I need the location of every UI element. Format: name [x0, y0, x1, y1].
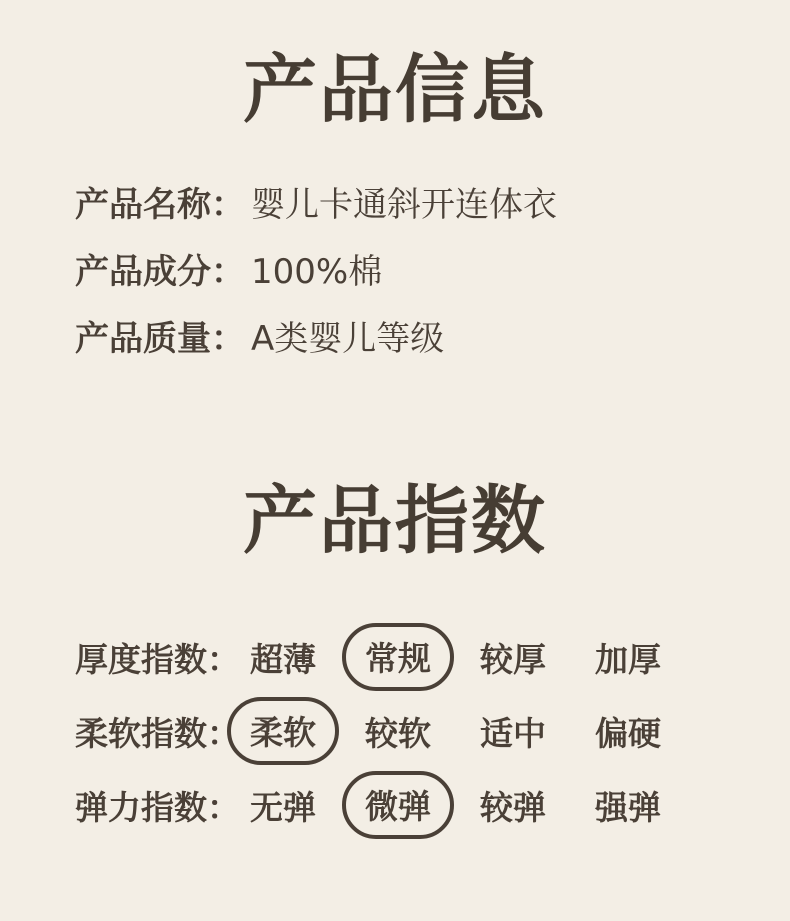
index-option: 无弹: [250, 782, 316, 829]
info-value: 100%棉: [251, 254, 382, 290]
index-option-selected: 常规: [342, 623, 454, 691]
info-label: 产品名称：: [75, 187, 245, 223]
info-value: 婴儿卡通斜开连体衣: [251, 187, 557, 223]
index-option: 强弹: [595, 782, 661, 829]
info-row-product-quality: 产品质量： A类婴儿等级: [75, 321, 790, 357]
index-option: 偏硬: [595, 708, 661, 755]
index-label-text: 厚度指数: [75, 640, 207, 679]
product-info-list: 产品名称： 婴儿卡通斜开连体衣 产品成分： 100%棉 产品质量： A类婴儿等级: [0, 187, 790, 357]
info-row-product-name: 产品名称： 婴儿卡通斜开连体衣: [75, 187, 790, 223]
info-label-text: 产品质量: [75, 319, 211, 359]
info-row-product-composition: 产品成分： 100%棉: [75, 254, 790, 290]
product-index-title: 产品指数: [0, 479, 790, 564]
index-option: 较厚: [480, 634, 546, 681]
index-row-thickness: 厚度指数： 超薄 常规 较厚 加厚: [75, 620, 790, 694]
index-option: 加厚: [595, 634, 661, 681]
index-option-selected: 柔软: [227, 697, 339, 765]
label-colon: ：: [207, 788, 240, 827]
index-label: 弹力指数：: [75, 782, 240, 829]
index-row-elasticity: 弹力指数： 无弹 微弹 较弹 强弹: [75, 768, 790, 842]
index-option: 较弹: [480, 782, 546, 829]
index-label: 厚度指数：: [75, 634, 240, 681]
label-colon: ：: [211, 252, 245, 292]
info-label-text: 产品名称: [75, 185, 211, 225]
index-label-text: 弹力指数: [75, 788, 207, 827]
index-option: 较软: [365, 708, 431, 755]
product-index-list: 厚度指数： 超薄 常规 较厚 加厚 柔软指数： 柔软 较软 适中 偏硬 弹力指数…: [0, 620, 790, 842]
info-label: 产品成分：: [75, 254, 245, 290]
index-options: 超薄 常规 较厚 加厚: [250, 623, 661, 691]
product-info-title: 产品信息: [0, 0, 790, 133]
info-label-text: 产品成分: [75, 252, 211, 292]
product-detail-page: 产品信息 产品名称： 婴儿卡通斜开连体衣 产品成分： 100%棉 产品质量： A…: [0, 0, 790, 921]
index-options: 无弹 微弹 较弹 强弹: [250, 771, 661, 839]
label-colon: ：: [211, 319, 245, 359]
label-colon: ：: [211, 185, 245, 225]
index-label: 柔软指数：: [75, 708, 240, 755]
index-option: 适中: [480, 708, 546, 755]
index-label-text: 柔软指数: [75, 714, 207, 753]
info-label: 产品质量：: [75, 321, 245, 357]
index-row-softness: 柔软指数： 柔软 较软 适中 偏硬: [75, 694, 790, 768]
label-colon: ：: [207, 640, 240, 679]
index-options: 柔软 较软 适中 偏硬: [250, 697, 661, 765]
info-value: A类婴儿等级: [251, 321, 444, 357]
index-option: 超薄: [250, 634, 316, 681]
index-option-selected: 微弹: [342, 771, 454, 839]
